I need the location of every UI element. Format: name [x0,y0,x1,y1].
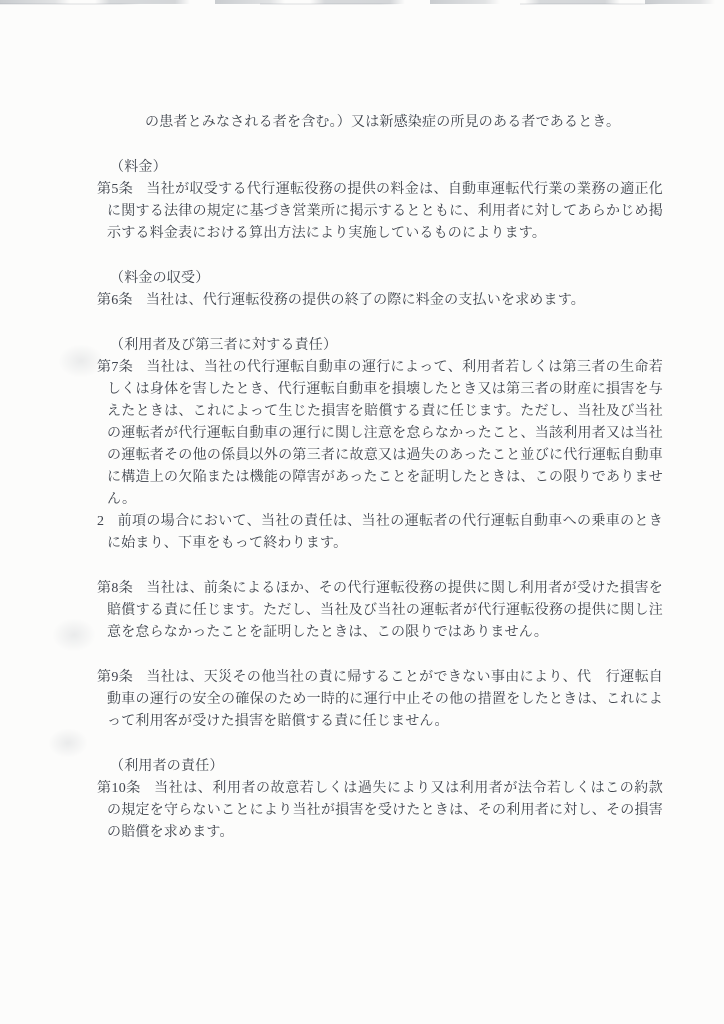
scanner-edge-artifact-2 [0,3,724,5]
article-text: 当社は、天災その他当社の責に帰することができない事由により、代 行運転自動車の運… [107,670,663,729]
article-number: 第7条 [97,360,133,375]
article-text: 当社は、利用者の故意若しくは過失により又は利用者が法令若しくはこの約款の規定を守… [107,781,663,840]
article-number: 第6条 [97,293,133,308]
carryover-text-line: の患者とみなされる者を含む。）又は新感染症の所見のある者であるとき。 [145,112,663,134]
scan-smudge [48,728,88,758]
article-paragraph: 第7条当社は、当社の代行運転自動車の運行によって、利用者若しくは第三者の生命若し… [97,357,663,511]
article-text: 当社が収受する代行運転役務の提供の料金は、自動車運転代行業の業務の適正化に関する… [107,182,663,241]
article-paragraph: 2前項の場合において、当社の責任は、当社の運転者の代行運転自動車への乗車のときに… [97,511,663,555]
section-heading: （利用者の責任） [97,756,663,778]
article-number: 第5条 [97,182,133,197]
article-number: 2 [97,514,104,529]
document-page: の患者とみなされる者を含む。）又は新感染症の所見のある者であるとき。（料金）第5… [0,0,724,1024]
section-heading: （料金の収受） [97,268,663,290]
article-paragraph: 第8条当社は、前条によるほか、その代行運転役務の提供に関し利用者が受けた損害を賠… [97,578,663,644]
article-text: 当社は、当社の代行運転自動車の運行によって、利用者若しくは第三者の生命若しくは身… [107,360,663,507]
article-text: 当社は、前条によるほか、その代行運転役務の提供に関し利用者が受けた損害を賠償する… [107,581,663,640]
article-number: 第9条 [97,670,133,685]
document-content: の患者とみなされる者を含む。）又は新感染症の所見のある者であるとき。（料金）第5… [97,112,663,844]
article-paragraph: 第10条当社は、利用者の故意若しくは過失により又は利用者が法令若しくはこの約款の… [97,778,663,844]
article-number: 第8条 [97,581,133,596]
section-heading: （利用者及び第三者に対する責任） [97,335,663,357]
scan-smudge [52,618,96,652]
article-paragraph: 第5条当社が収受する代行運転役務の提供の料金は、自動車運転代行業の業務の適正化に… [97,179,663,245]
section-heading: （料金） [97,157,663,179]
article-paragraph: 第9条当社は、天災その他当社の責に帰することができない事由により、代 行運転自動… [97,667,663,733]
article-text: 当社は、代行運転役務の提供の終了の際に料金の支払いを求めます。 [146,293,585,308]
article-paragraph: 第6条当社は、代行運転役務の提供の終了の際に料金の支払いを求めます。 [97,290,663,312]
article-number: 第10条 [97,781,141,796]
article-text: 前項の場合において、当社の責任は、当社の運転者の代行運転自動車への乗車のときに始… [107,514,663,551]
